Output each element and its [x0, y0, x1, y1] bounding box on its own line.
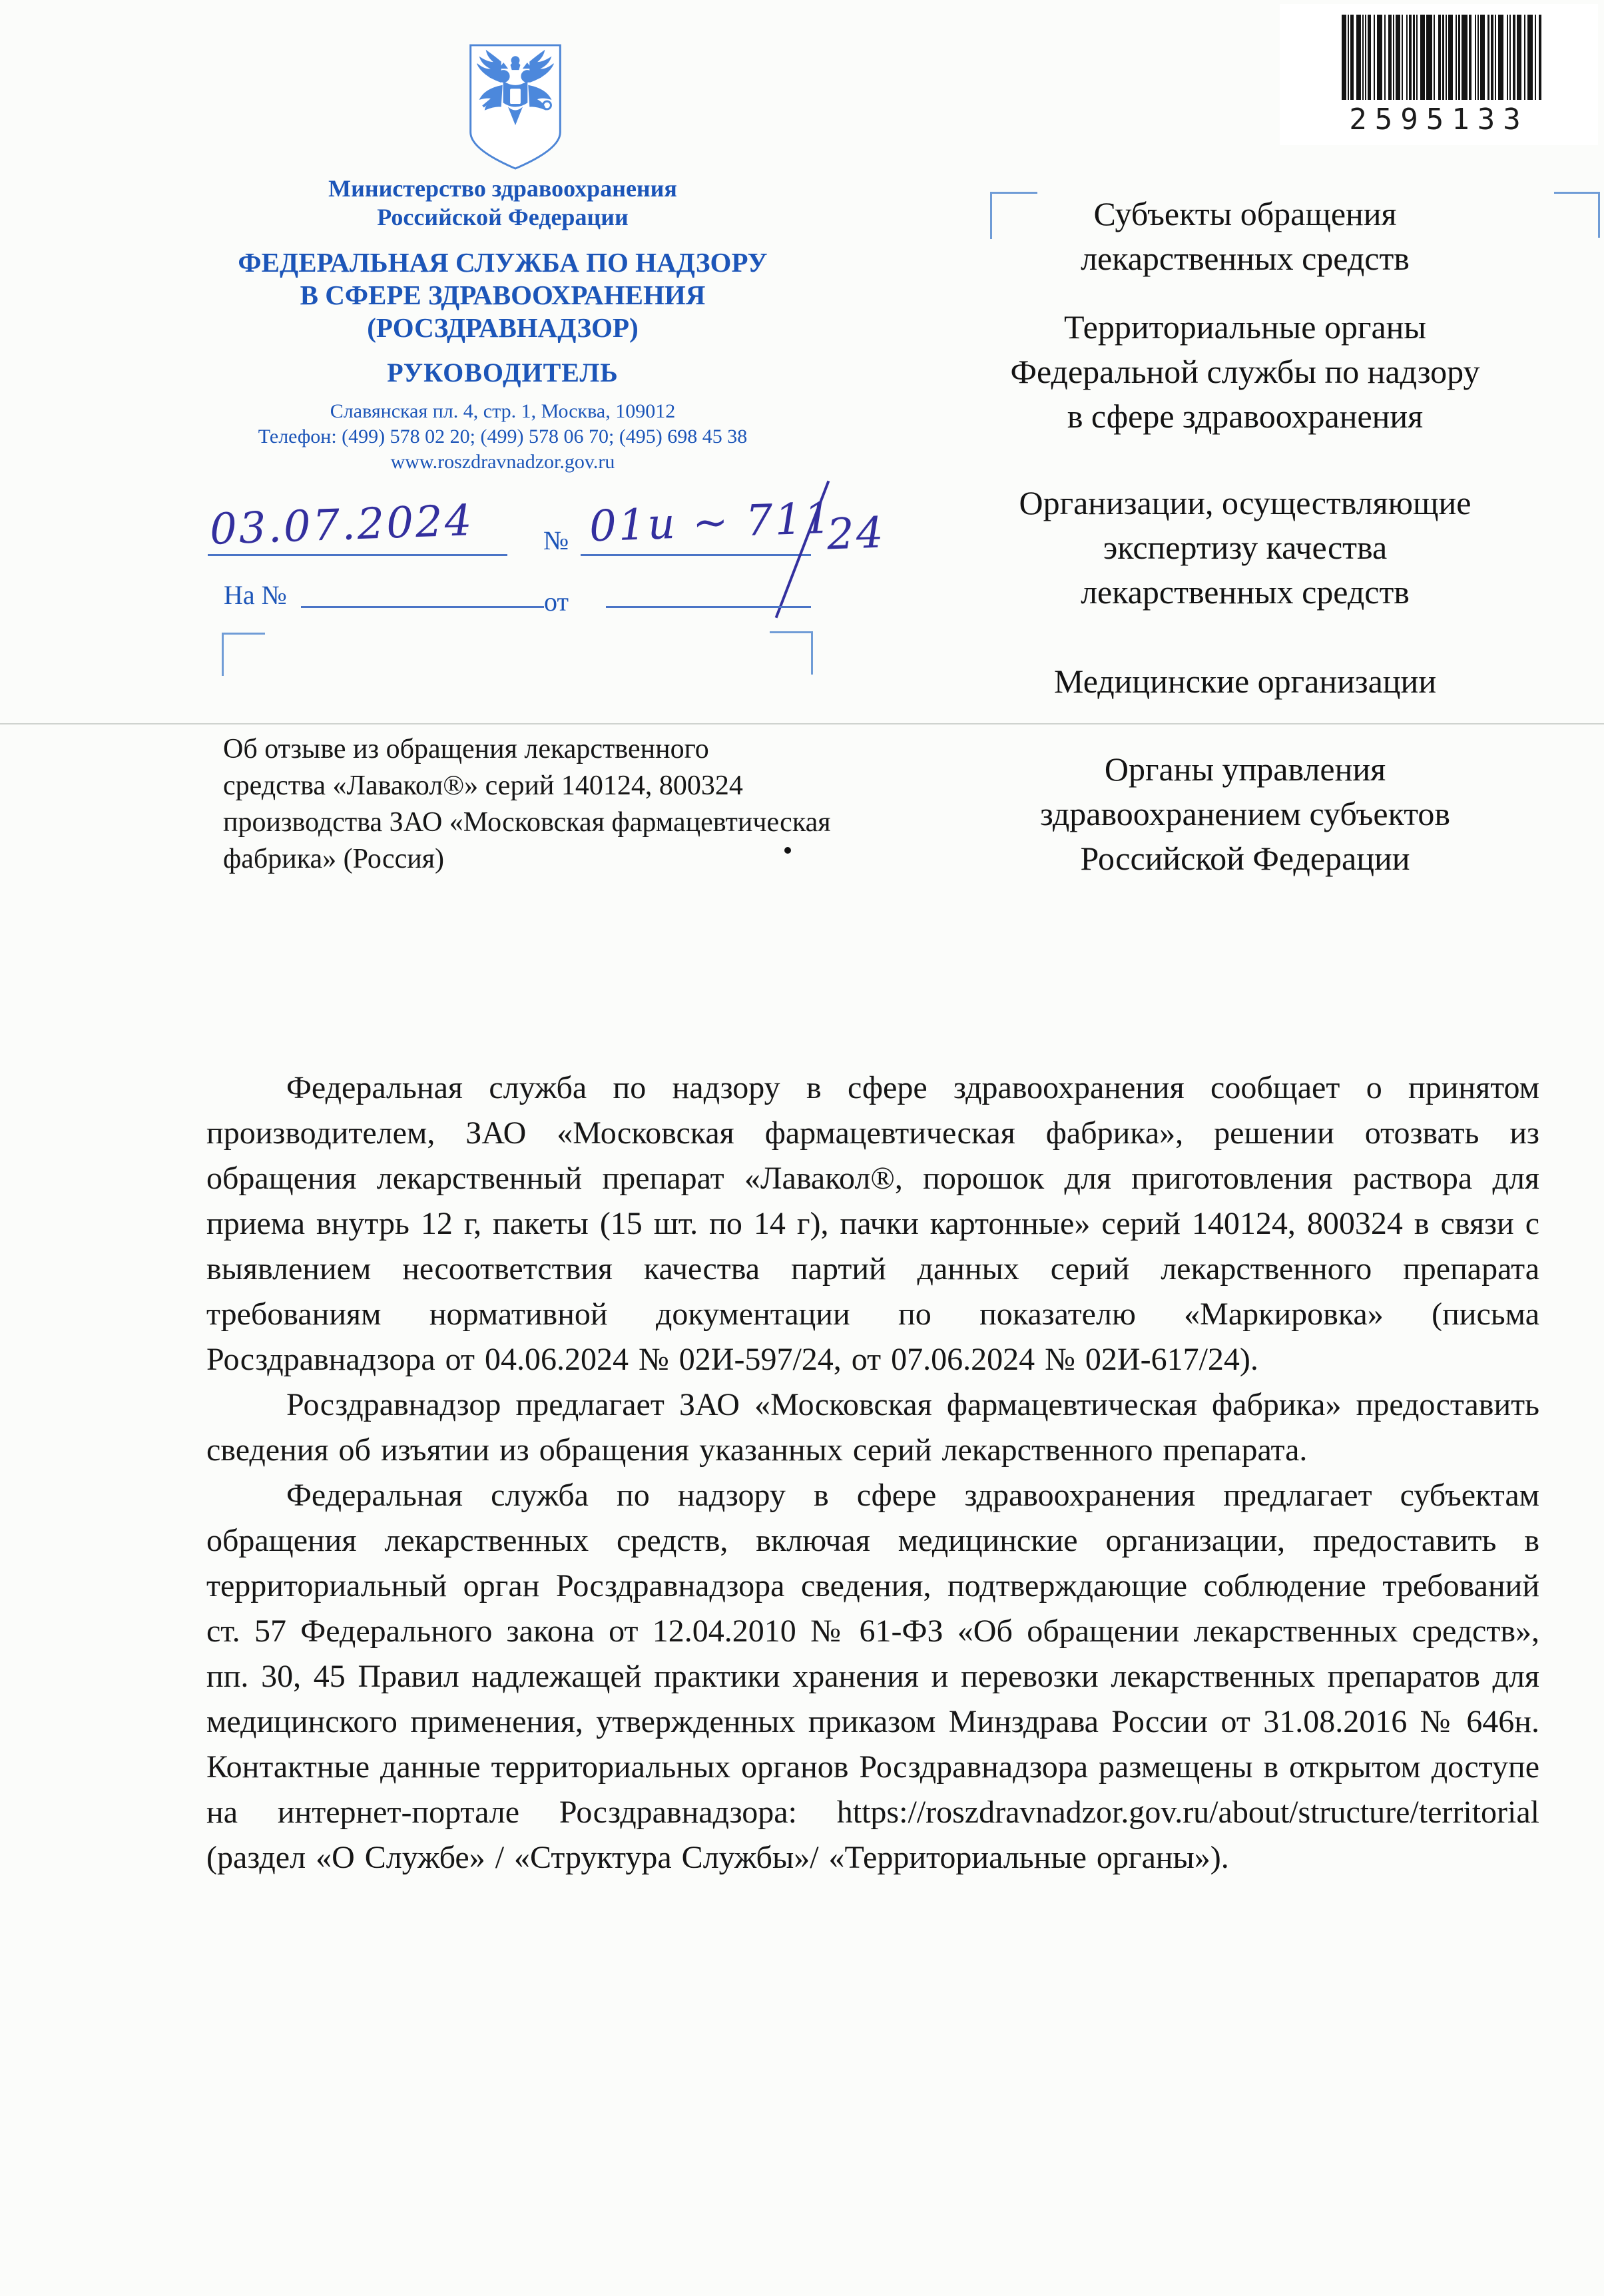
reply-from-label: от — [544, 586, 569, 617]
recipient-line: экспертизу качества — [892, 525, 1598, 570]
recipient-line: в сфере здравоохранения — [892, 394, 1598, 439]
letterhead: Министерство здравоохранения Российской … — [170, 174, 836, 475]
post-title: РУКОВОДИТЕЛЬ — [170, 358, 836, 388]
number-underline — [581, 554, 811, 556]
barcode-bar — [1507, 15, 1508, 100]
recipient-line: лекарственных средств — [892, 236, 1598, 281]
barcode-bar — [1442, 15, 1444, 100]
barcode-bar — [1477, 15, 1479, 100]
barcode-bar — [1513, 15, 1515, 100]
barcode-bar — [1368, 15, 1370, 100]
barcode-bar — [1434, 15, 1435, 100]
reply-date-underline — [606, 606, 811, 608]
scan-seam-line — [0, 723, 1604, 724]
barcode-bar — [1365, 15, 1366, 100]
recipient-line: Российской Федерации — [892, 836, 1598, 881]
date-underline — [208, 554, 507, 556]
barcode-number: 2595133 — [1280, 103, 1598, 137]
recipient-item: Органы управления здравоохранением субъе… — [892, 747, 1598, 881]
recipient-line: Субъекты обращения — [892, 192, 1598, 236]
barcode-bar — [1475, 15, 1476, 100]
subject-line: средства «Лавакол®» серий 140124, 800324 — [223, 768, 862, 804]
subject-block: Об отзыве из обращения лекарственного ср… — [223, 731, 862, 878]
barcode-bar — [1527, 15, 1533, 100]
barcode-bar — [1517, 15, 1521, 100]
letter-body: Федеральная служба по надзору в сфере зд… — [206, 1065, 1539, 1880]
recipient-item: Субъекты обращения лекарственных средств — [892, 192, 1598, 281]
barcode-bar — [1491, 15, 1493, 100]
barcode-bar — [1350, 15, 1353, 100]
corner-mark-left — [222, 633, 265, 676]
barcode-bar — [1409, 15, 1412, 100]
barcode-bar — [1498, 15, 1504, 100]
barcode-bar — [1356, 15, 1361, 100]
website-line: www.roszdravnadzor.gov.ru — [170, 449, 836, 475]
barcode-bar — [1448, 15, 1453, 100]
body-paragraph: Федеральная служба по надзору в сфере зд… — [206, 1065, 1539, 1382]
barcode-bar — [1374, 15, 1375, 100]
barcode-bar — [1487, 15, 1489, 100]
body-paragraph: Федеральная служба по надзору в сфере зд… — [206, 1473, 1539, 1880]
barcode-bar — [1426, 15, 1432, 100]
barcode-bar — [1446, 15, 1447, 100]
recipient-line: Органы управления — [892, 747, 1598, 792]
barcode-bar — [1406, 15, 1408, 100]
subject-line: производства ЗАО «Московская фармацевтич… — [223, 804, 862, 841]
recipient-line: Медицинские организации — [892, 659, 1598, 704]
service-name-line2: В СФЕРЕ ЗДРАВООХРАНЕНИЯ — [170, 279, 836, 312]
barcode-bar — [1393, 15, 1394, 100]
body-paragraph: Росздравнадзор предлагает ЗАО «Московска… — [206, 1382, 1539, 1473]
address-line: Славянская пл. 4, стр. 1, Москва, 109012 — [170, 399, 836, 424]
barcode-bar — [1480, 15, 1485, 100]
barcode-bar — [1462, 15, 1468, 100]
service-name-line1: ФЕДЕРАЛЬНАЯ СЛУЖБА ПО НАДЗОРУ — [170, 246, 836, 279]
recipient-item: Территориальные органы Федеральной служб… — [892, 305, 1598, 439]
subject-line: фабрика» (Россия) — [223, 841, 862, 878]
barcode-bar — [1342, 15, 1346, 100]
barcode-bar — [1396, 15, 1400, 100]
barcode: 2595133 — [1280, 4, 1598, 145]
barcode-bar — [1469, 15, 1471, 100]
barcode-bar — [1456, 15, 1457, 100]
barcode-bar — [1438, 15, 1441, 100]
barcode-bar — [1509, 15, 1511, 100]
number-sign-label: № — [543, 525, 569, 556]
recipient-line: лекарственных средств — [892, 570, 1598, 615]
handwritten-number: 01и ~ 711 — [589, 494, 834, 552]
barcode-bar — [1384, 15, 1386, 100]
barcode-bar — [1362, 15, 1364, 100]
barcode-bar — [1458, 15, 1460, 100]
letter-page: 2595133 — [0, 0, 1604, 2296]
russia-coat-of-arms-icon — [461, 41, 569, 173]
barcode-bar — [1348, 15, 1349, 100]
barcode-bar — [1402, 15, 1403, 100]
corner-mark-right — [770, 631, 813, 675]
service-name-line3: (РОСЗДРАВНАДЗОР) — [170, 312, 836, 344]
barcode-bar — [1495, 15, 1496, 100]
barcode-bar — [1535, 15, 1536, 100]
ministry-name-line1: Министерство здравоохранения — [170, 174, 836, 203]
recipient-line: Федеральной службы по надзору — [892, 350, 1598, 394]
barcode-bar — [1377, 15, 1383, 100]
barcode-bar — [1416, 15, 1418, 100]
subject-line: Об отзыве из обращения лекарственного — [223, 731, 862, 768]
recipient-line: здравоохранением субъектов — [892, 792, 1598, 836]
ink-dot — [784, 847, 791, 854]
ministry-name-line2: Российской Федерации — [170, 203, 836, 232]
barcode-bars — [1342, 15, 1547, 100]
handwritten-date: 03.07.2024 — [209, 496, 475, 555]
barcode-bar — [1388, 15, 1391, 100]
recipient-item: Медицинские организации — [892, 659, 1598, 704]
barcode-bar — [1539, 15, 1541, 100]
barcode-bar — [1524, 15, 1525, 100]
recipient-item: Организации, осуществляющие экспертизу к… — [892, 481, 1598, 615]
barcode-bar — [1413, 15, 1414, 100]
barcode-bar — [1420, 15, 1425, 100]
recipient-line: Территориальные органы — [892, 305, 1598, 350]
phone-line: Телефон: (499) 578 02 20; (499) 578 06 7… — [170, 424, 836, 449]
handwritten-year-suffix: 24 — [826, 508, 886, 559]
recipient-line: Организации, осуществляющие — [892, 481, 1598, 525]
reply-number-label: На № — [224, 579, 287, 611]
reply-number-underline — [301, 606, 544, 608]
